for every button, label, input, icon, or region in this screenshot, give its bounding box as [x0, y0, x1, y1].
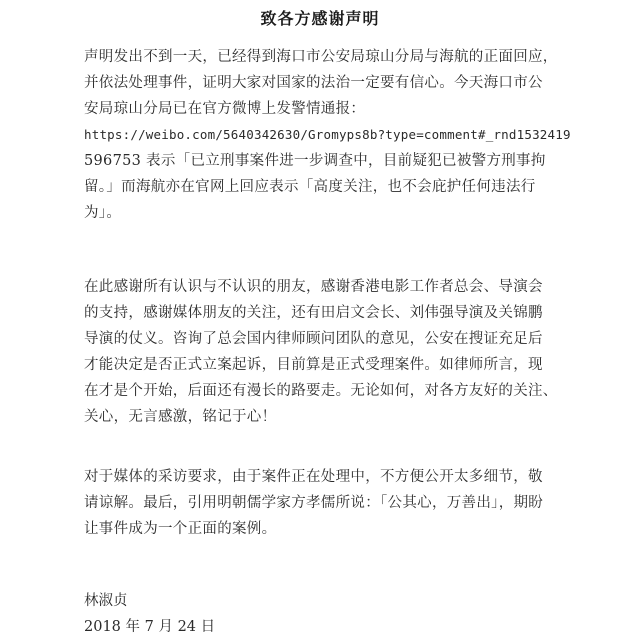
text-line: 导演的仗义。咨询了总会国内律师顾问团队的意见，公安在搜证充足后 — [84, 326, 564, 352]
signature-date: 2018 年 7 月 24 日 — [84, 614, 215, 640]
text-line: 596753 表示「已立刑事案件进一步调查中，目前疑犯已被警方刑事拘 — [84, 148, 564, 174]
paragraph-2: 在此感谢所有认识与不认识的朋友，感谢香港电影工作者总会、导演会 的支持，感谢媒体… — [84, 274, 564, 430]
text-line: 对于媒体的采访要求，由于案件正在处理中，不方便公开太多细节，敬 — [84, 464, 564, 490]
weibo-url: https://weibo.com/5640342630/Gromyps8b?t… — [84, 122, 564, 148]
text-line: 的支持，感谢媒体朋友的关注，还有田启文会长、刘伟强导演及关锦鹏 — [84, 300, 564, 326]
signature-name: 林淑贞 — [84, 588, 215, 614]
text-line: 在此感谢所有认识与不认识的朋友，感谢香港电影工作者总会、导演会 — [84, 274, 564, 300]
text-line: 让事件成为一个正面的案例。 — [84, 516, 564, 542]
text-line: 为」。 — [84, 200, 564, 226]
text-line: 留。」而海航亦在官网上回应表示「高度关注，也不会庇护任何违法行 — [84, 174, 564, 200]
document-title: 致各方感谢声明 — [0, 6, 640, 29]
text-line: 声明发出不到一天，已经得到海口市公安局琼山分局与海航的正面回应， — [84, 44, 564, 70]
statement-page: 致各方感谢声明 声明发出不到一天，已经得到海口市公安局琼山分局与海航的正面回应，… — [0, 0, 640, 640]
text-line: 请谅解。最后，引用明朝儒学家方孝儒所说：「公其心，万善出」，期盼 — [84, 490, 564, 516]
text-line: 在才是个开始，后面还有漫长的路要走。无论如何，对各方友好的关注、 — [84, 378, 564, 404]
text-line: 安局琼山分局已在官方微博上发警情通报： — [84, 96, 564, 122]
paragraph-1: 声明发出不到一天，已经得到海口市公安局琼山分局与海航的正面回应， 并依法处理事件… — [84, 44, 564, 226]
paragraph-3: 对于媒体的采访要求，由于案件正在处理中，不方便公开太多细节，敬 请谅解。最后，引… — [84, 464, 564, 542]
text-line: 并依法处理事件，证明大家对国家的法治一定要有信心。今天海口市公 — [84, 70, 564, 96]
signature-block: 林淑贞 2018 年 7 月 24 日 — [84, 588, 215, 640]
text-line: 关心，无言感激，铭记于心！ — [84, 404, 564, 430]
text-line: 才能决定是否正式立案起诉，目前算是正式受理案件。如律师所言，现 — [84, 352, 564, 378]
